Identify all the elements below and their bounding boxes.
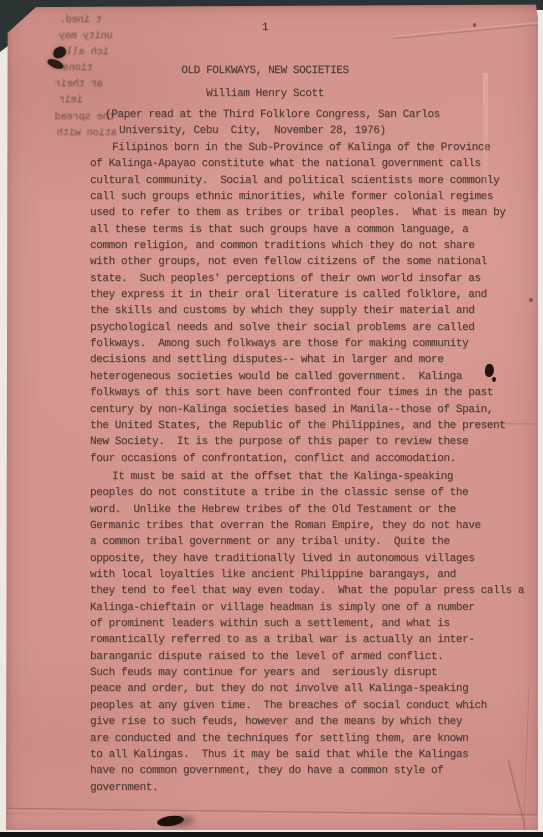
text-line: give rise to such feuds, however and the… xyxy=(90,714,524,730)
text-line: all these terms is that such groups have… xyxy=(90,222,505,238)
text-line: romantically referred to as a tribal war… xyxy=(90,632,524,648)
text-line: common religion, and common traditions w… xyxy=(90,238,505,254)
text-line: psychological needs and solve their soci… xyxy=(90,320,505,336)
paragraph-2: It must be said at the offset that the K… xyxy=(90,469,524,796)
ink-smudge-right-dot xyxy=(492,377,496,382)
text-line: peace and order, but they do not involve… xyxy=(90,681,524,697)
text-line: Kalinga-chieftain or village headman is … xyxy=(90,600,524,616)
crease-right-vertical xyxy=(524,689,531,831)
text-line: of prominent leaders within such a settl… xyxy=(90,616,524,632)
paper-discoloration-streak xyxy=(483,73,488,223)
text-line: with local loyalties like ancient Philip… xyxy=(90,567,524,583)
text-line: peoples do not constitute a tribe in the… xyxy=(90,485,524,501)
paper-sheet: t ined.unity mayich allowtionsar theirie… xyxy=(5,3,538,830)
text-line: state. Such peoples' perceptions of thei… xyxy=(90,271,505,287)
text-line: have no common government, they do have … xyxy=(90,763,524,779)
scanner-background-bottom xyxy=(0,832,543,837)
text-line: ation with xyxy=(15,125,117,141)
text-line: used to refer to them as tribes or triba… xyxy=(90,205,505,221)
text-line: century by non-Kalinga societies based i… xyxy=(90,402,505,418)
text-line: It must be said at the offset that the K… xyxy=(90,469,524,485)
page-number-text: 1 xyxy=(262,22,268,34)
text-line: with other groups, not even fellow citiz… xyxy=(90,254,505,270)
text-line: of Kalinga-Apayao constitute what the na… xyxy=(90,156,505,172)
presentation-note-line-1: (Paper read at the Third Folklore Congre… xyxy=(105,107,440,123)
text-line: to all Kalingas. Thus it may be said tha… xyxy=(90,747,524,763)
text-line: word. Unlike the Hebrew tribes of the Ol… xyxy=(90,502,524,518)
paragraph-1: Filipinos born in the Sub-Province of Ka… xyxy=(90,140,505,467)
text-line: the spread xyxy=(15,109,117,125)
text-line: cultural community. Social and political… xyxy=(90,173,505,189)
text-line: New Society. It is the purpose of this p… xyxy=(90,434,505,450)
text-line: four occasions of confrontation, conflic… xyxy=(90,451,505,467)
text-line: the skills and customs by which they sup… xyxy=(90,303,505,319)
red-ink-speck xyxy=(473,23,476,27)
page-number: 1 xyxy=(5,20,525,36)
text-line: peoples at any given time. The breaches … xyxy=(90,698,524,714)
document-title-text: OLD FOLKWAYS, NEW SOCIETIES xyxy=(181,65,348,77)
author-byline-text: William Henry Scott xyxy=(206,88,324,100)
text-line: are conducted and the techniques for set… xyxy=(90,731,524,747)
text-line: the United States, the Republic of the P… xyxy=(90,418,505,434)
text-line: Germanic tribes that overran the Roman E… xyxy=(90,518,524,534)
text-line: decisions and settling disputes-- what i… xyxy=(90,352,505,368)
document-title: OLD FOLKWAYS, NEW SOCIETIES xyxy=(5,63,525,79)
text-line: Such feuds may continue for years and se… xyxy=(90,665,524,681)
scanned-document-image: t ined.unity mayich allowtionsar theirie… xyxy=(0,0,543,837)
author-byline: William Henry Scott xyxy=(5,86,525,102)
text-line: government. xyxy=(90,780,524,796)
text-line: they express it in their oral literature… xyxy=(90,287,505,303)
presentation-note-line-2: University, Cebu City, November 28, 1976… xyxy=(119,123,386,139)
text-line: folkways of this sort have been confront… xyxy=(90,385,505,401)
ink-speck-right-edge xyxy=(529,298,533,302)
text-line: folkways. Among such folkways are those … xyxy=(90,336,505,352)
text-line: opposite, they have traditionally lived … xyxy=(90,551,524,567)
text-line: baranganic dispute raised to the level o… xyxy=(90,649,524,665)
text-line: they tend to feel that way even today. W… xyxy=(90,583,524,599)
text-line: heterogeneous societies would be called … xyxy=(90,369,505,385)
text-line: a common tribal government or any tribal… xyxy=(90,534,524,550)
text-line: Filipinos born in the Sub-Province of Ka… xyxy=(90,140,505,156)
paper-bottom-shading xyxy=(5,815,538,830)
text-line: call such groups ethnic minorities, whil… xyxy=(90,189,505,205)
